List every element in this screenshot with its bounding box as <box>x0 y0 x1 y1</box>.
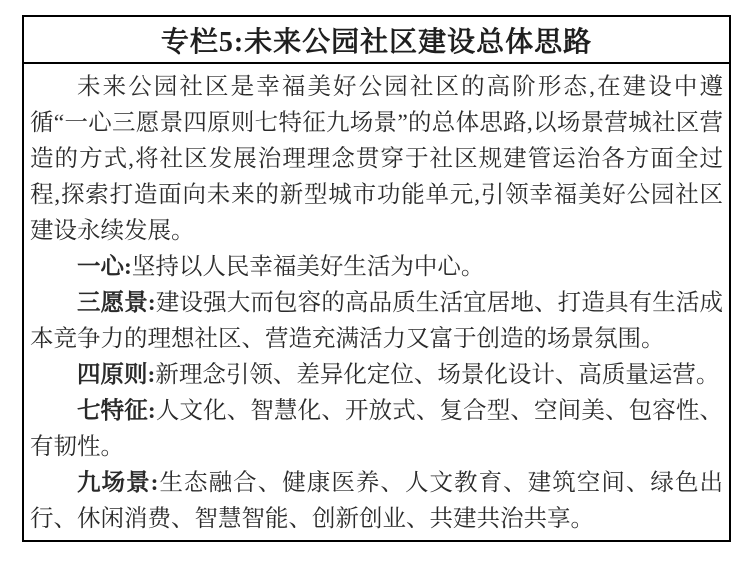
paragraph-text: 坚持以人民幸福美好生活为中心。 <box>132 254 485 280</box>
paragraph-lead: 一心: <box>77 254 132 280</box>
callout-body: 未来公园社区是幸福美好公园社区的高阶形态,在建设中遵循“一心三愿景四原则七特征九… <box>24 64 729 537</box>
paragraph-lead: 七特征: <box>77 398 156 424</box>
callout-box: 专栏5:未来公园社区建设总体思路 未来公园社区是幸福美好公园社区的高阶形态,在建… <box>22 15 731 542</box>
paragraph-overview: 未来公园社区是幸福美好公园社区的高阶形态,在建设中遵循“一心三愿景四原则七特征九… <box>30 69 723 249</box>
paragraph-seven-features: 七特征:人文化、智慧化、开放式、复合型、空间美、包容性、有韧性。 <box>30 393 723 465</box>
paragraph-one-heart: 一心:坚持以人民幸福美好生活为中心。 <box>30 249 723 285</box>
paragraph-text: 未来公园社区是幸福美好公园社区的高阶形态,在建设中遵循“一心三愿景四原则七特征九… <box>30 74 723 244</box>
paragraph-text: 新理念引领、差异化定位、场景化设计、高质量运营。 <box>155 362 719 388</box>
paragraph-nine-scenes: 九场景:生态融合、健康医养、人文教育、建筑空间、绿色出行、休闲消费、智慧智能、创… <box>30 465 723 537</box>
paragraph-lead: 四原则: <box>77 362 155 388</box>
paragraph-lead: 九场景: <box>77 470 158 496</box>
paragraph-four-principles: 四原则:新理念引领、差异化定位、场景化设计、高质量运营。 <box>30 357 723 393</box>
paragraph-lead: 三愿景: <box>77 290 156 316</box>
document-page: 专栏5:未来公园社区建设总体思路 未来公园社区是幸福美好公园社区的高阶形态,在建… <box>0 0 748 562</box>
paragraph-three-visions: 三愿景:建设强大而包容的高品质生活宜居地、打造具有生活成本竞争力的理想社区、营造… <box>30 285 723 357</box>
callout-title: 专栏5:未来公园社区建设总体思路 <box>24 17 729 64</box>
